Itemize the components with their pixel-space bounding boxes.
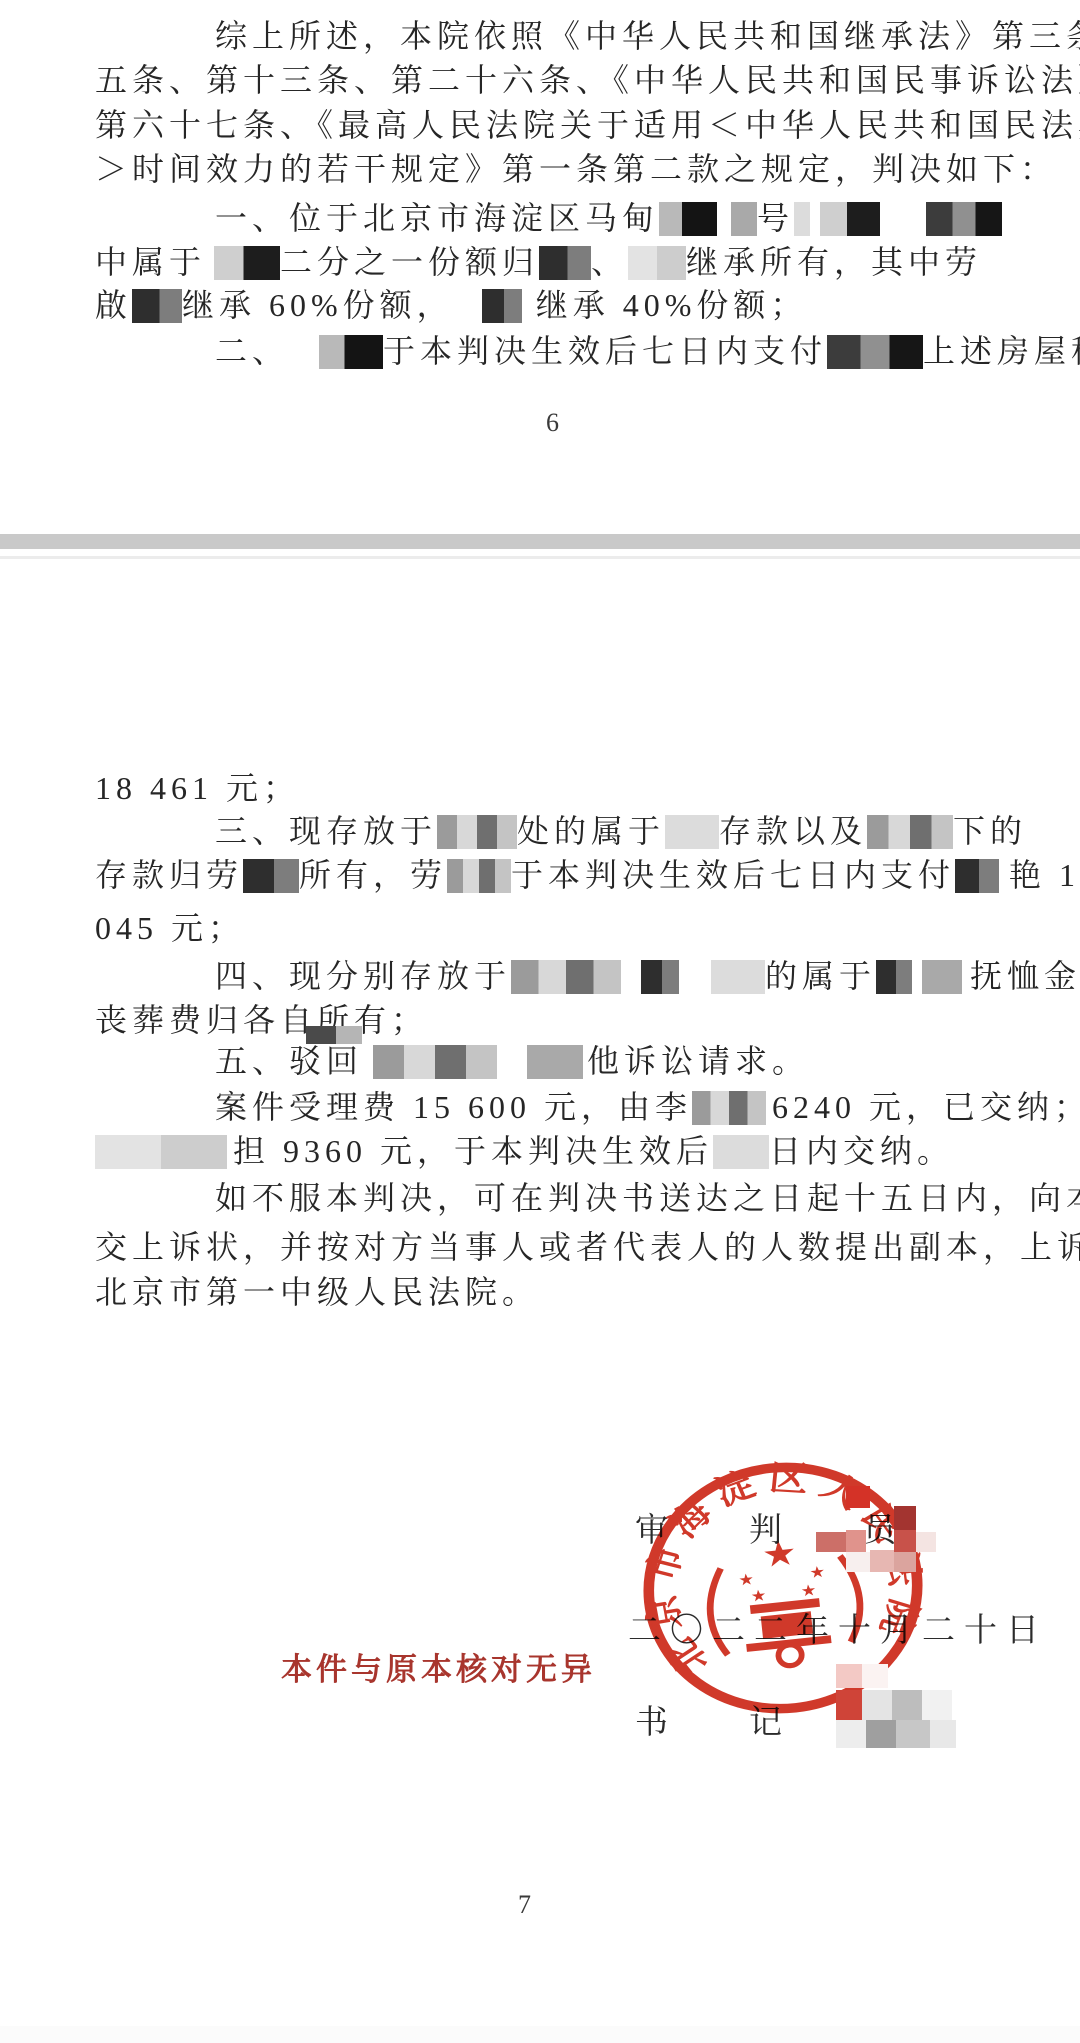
text-segment: 担 9360 元，于本判决生效后 [233, 1133, 713, 1169]
appeal-line-1: 如不服本判决，可在判决书送达之日起十五日内，向本院递 [215, 1176, 1080, 1220]
emblem-wreath-left [706, 1568, 730, 1656]
judgment-item-1-line-2: 中属于二分之一份额归、继承所有，其中劳 [95, 240, 982, 284]
judge-name-redaction [846, 1552, 870, 1572]
redaction-block [731, 202, 757, 236]
redaction-block [820, 202, 880, 236]
judge-name-redaction [846, 1486, 870, 1508]
redaction-block [926, 202, 1002, 236]
text-segment: 下的 [953, 813, 1027, 849]
redaction-block [539, 246, 591, 280]
appeal-line-2: 交上诉状，并按对方当事人或者代表人的人数提出副本，上诉于 [95, 1225, 1080, 1269]
text-segment: 处的属于 [517, 813, 665, 849]
page-break-divider [0, 534, 1080, 549]
text-segment: 、 [591, 244, 628, 280]
clerk-name-redaction [892, 1690, 922, 1720]
judge-name-redaction [894, 1552, 916, 1572]
redaction-block [132, 289, 182, 323]
text-segment: 二、 [215, 333, 289, 369]
clerk-name-redaction [836, 1664, 862, 1688]
text-segment: 号 [757, 200, 794, 236]
text-segment: 北京市第一中级人民法院。 [95, 1274, 539, 1310]
judgment-item-1-line-3: 啟继承 60%份额，继承 40%份额； [95, 283, 807, 327]
clerk-name-redaction [862, 1664, 888, 1688]
judge-name-redaction [894, 1530, 916, 1552]
text-segment: 五条、第十三条、第二十六条、《中华人民共和国民事诉讼法》 [95, 62, 1080, 98]
para-line-2: 五条、第十三条、第二十六条、《中华人民共和国民事诉讼法》 [95, 58, 1080, 102]
text-segment: 所有，劳 [299, 857, 447, 893]
text-segment: 存款以及 [719, 813, 867, 849]
amount-line-1: 18 461 元； [95, 766, 300, 810]
emblem-gear-icon [777, 1644, 802, 1667]
clerk-name-redaction [930, 1720, 956, 1748]
redaction-block [373, 1045, 497, 1079]
redaction-block [527, 1045, 583, 1079]
redaction-block [511, 960, 621, 994]
para-line-4: ＞时间效力的若干规定》第一条第二款之规定，判决如下： [95, 147, 1057, 191]
clerk-name-redaction [862, 1690, 892, 1720]
redaction-block [214, 246, 280, 280]
redaction-block [95, 1135, 227, 1169]
text-segment: 继承所有，其中劳 [686, 244, 982, 280]
text-segment: 啟 [95, 287, 132, 323]
redaction-block [628, 246, 686, 280]
scan-edge [0, 2026, 1080, 2043]
judgment-item-5: 五、驳回他诉讼请求。 [215, 1039, 809, 1083]
text-segment: 丧葬费归各自所有； [95, 1002, 428, 1038]
text-segment: 第六十七条、《最高人民法院关于适用＜中华人民共和国民法典 [95, 107, 1080, 143]
text-segment: 日内交纳。 [769, 1133, 954, 1169]
appeal-line-3: 北京市第一中级人民法院。 [95, 1270, 539, 1314]
text-segment: 抚恤金和 [970, 958, 1080, 994]
judge-name-redaction [846, 1530, 866, 1552]
text-segment: 045 元； [95, 910, 245, 946]
judgment-item-4-line-1: 四、现分别存放于的属于抚恤金和 [215, 954, 1080, 998]
judge-name-redaction [894, 1506, 916, 1530]
text-segment: 18 461 元； [95, 770, 300, 806]
redaction-block [955, 859, 999, 893]
redaction-block [641, 960, 679, 994]
redaction-block [867, 815, 953, 849]
redaction-block [713, 1135, 769, 1169]
emblem-small-star-icon: ★ [750, 1586, 768, 1605]
redaction-block [482, 289, 522, 323]
text-segment: 一、位于北京市海淀区马甸 [215, 200, 659, 236]
emblem-small-star-icon: ★ [800, 1581, 818, 1600]
text-segment: 于本判决生效后七日内支付 [511, 857, 955, 893]
court-fee-line-2: 担 9360 元，于本判决生效后日内交纳。 [95, 1129, 954, 1173]
page-number: 6 [546, 408, 559, 438]
court-fee-line-1: 案件受理费 15 600 元，由李6240 元，已交纳；由 [215, 1085, 1080, 1129]
text-segment: 6240 元，已交纳；由 [772, 1089, 1080, 1125]
judge-name-redaction [816, 1532, 846, 1552]
redaction-block [827, 335, 923, 369]
redaction-block [447, 859, 511, 893]
text-segment: 五、驳回 [215, 1043, 363, 1079]
redaction-block [319, 335, 383, 369]
redaction-block [922, 960, 962, 994]
judgment-item-2: 二、于本判决生效后七日内支付上述房屋租金 [215, 329, 1080, 373]
text-segment: 综上所述，本院依照《中华人民共和国继承法》第三条、第 [215, 18, 1080, 54]
text-segment: ＞时间效力的若干规定》第一条第二款之规定，判决如下： [95, 151, 1057, 187]
clerk-name-redaction [922, 1690, 952, 1720]
redaction-block [692, 1091, 766, 1125]
judgment-item-4-line-2: 丧葬费归各自所有； [95, 998, 428, 1042]
redaction-block [794, 202, 810, 236]
clerk-name-redaction [836, 1690, 862, 1720]
judgment-item-3-line-2: 存款归劳所有，劳于本判决生效后七日内支付艳 10 [95, 853, 1080, 897]
clerk-name-redaction [866, 1720, 896, 1748]
text-segment: 他诉讼请求。 [587, 1043, 809, 1079]
text-segment: 四、现分别存放于 [215, 958, 511, 994]
emblem-small-star-icon: ★ [737, 1570, 755, 1589]
para-line-1: 综上所述，本院依照《中华人民共和国继承法》第三条、第 [215, 14, 1080, 58]
redaction-block [711, 960, 765, 994]
text-segment: 二分之一份额归 [280, 244, 539, 280]
judgment-item-1-line-1: 一、位于北京市海淀区马甸号 [215, 196, 1002, 240]
amount-line-2: 045 元； [95, 906, 245, 950]
judge-name-redaction [916, 1532, 936, 1552]
emblem-small-star-icon: ★ [809, 1562, 827, 1581]
text-segment: 交上诉状，并按对方当事人或者代表人的人数提出副本，上诉于 [95, 1229, 1080, 1265]
text-segment: 的属于 [765, 958, 876, 994]
judge-name-redaction [870, 1550, 894, 1572]
text-segment: 案件受理费 15 600 元，由李 [215, 1089, 692, 1125]
page-break-shadow [0, 556, 1080, 559]
text-segment: 中属于 [95, 244, 206, 280]
redaction-block [665, 815, 719, 849]
text-segment: 继承 40%份额； [536, 287, 808, 323]
text-segment: 艳 10 [1009, 857, 1080, 893]
text-segment: 于本判决生效后七日内支付 [383, 333, 827, 369]
redaction-block [437, 815, 517, 849]
judgment-item-3-line-1: 三、现存放于处的属于存款以及下的 [215, 809, 1027, 853]
clerk-name-redaction [836, 1720, 866, 1748]
emblem-big-star-icon: ★ [760, 1533, 799, 1575]
para-line-3: 第六十七条、《最高人民法院关于适用＜中华人民共和国民法典 [95, 103, 1080, 147]
text-segment: 存款归劳 [95, 857, 243, 893]
text-segment: 如不服本判决，可在判决书送达之日起十五日内，向本院递 [215, 1180, 1080, 1216]
emblem-gate-body [761, 1611, 813, 1639]
redaction-block [876, 960, 912, 994]
text-segment: 三、现存放于 [215, 813, 437, 849]
verify-note: 本件与原本核对无异 [281, 1644, 596, 1689]
redaction-block [659, 202, 717, 236]
page-number: 7 [518, 1890, 531, 1920]
clerk-name-redaction [896, 1720, 930, 1748]
text-segment: 上述房屋租金 [923, 333, 1080, 369]
text-segment: 继承 60%份额， [182, 287, 454, 323]
redaction-block [243, 859, 299, 893]
